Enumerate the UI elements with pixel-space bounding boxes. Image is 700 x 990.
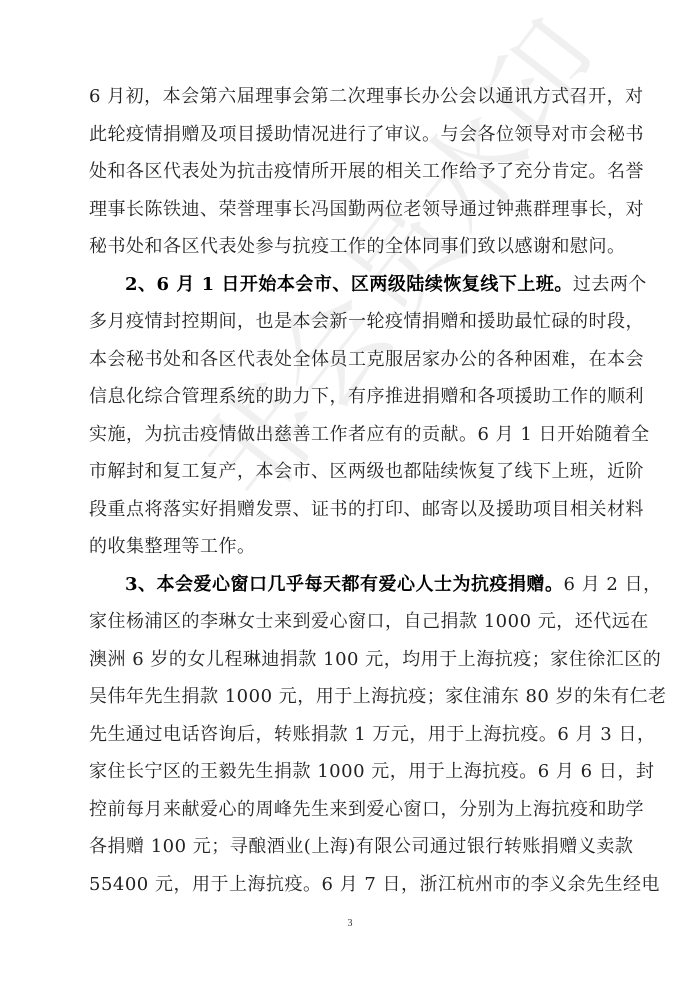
text-line: 本会秘书处和各区代表处全体员工克服居家办公的各种困难，在本会 <box>89 341 611 379</box>
text-line: 6 月初，本会第六届理事会第二次理事长办公会以通讯方式召开，对 <box>89 78 611 116</box>
text-line: 多月疫情封控期间，也是本会新一轮疫情捐赠和援助最忙碌的时段， <box>89 303 611 341</box>
paragraph-resume-offline-work: 2、6 月 1 日开始本会市、区两级陆续恢复线下上班。过去两个 多月疫情封控期间… <box>89 266 611 566</box>
text-line: 处和各区代表处为抗击疫情所开展的相关工作给予了充分肯定。名誉 <box>89 153 611 191</box>
text-line: 控前每月来献爱心的周峰先生来到爱心窗口，分别为上海抗疫和助学 <box>89 791 611 829</box>
paragraph-charity-window-donations: 3、本会爱心窗口几乎每天都有爱心人士为抗疫捐赠。6 月 2 日， 家住杨浦区的李… <box>89 566 611 904</box>
section-heading-2: 2、6 月 1 日开始本会市、区两级陆续恢复线下上班。 <box>125 274 573 295</box>
body-text: 6 月初，本会第六届理事会第二次理事长办公会以通讯方式召开，对 此轮疫情捐赠及项… <box>89 78 611 903</box>
paragraph-meeting-review: 6 月初，本会第六届理事会第二次理事长办公会以通讯方式召开，对 此轮疫情捐赠及项… <box>89 78 611 266</box>
text-line: 先生通过电话咨询后，转账捐款 1 万元，用于上海抗疫。6 月 3 日， <box>89 716 611 754</box>
heading-continuation: 过去两个 <box>573 274 647 295</box>
section-heading-3: 3、本会爱心窗口几乎每天都有爱心人士为抗疫捐赠。 <box>125 574 564 595</box>
text-line: 家住杨浦区的李琳女士来到爱心窗口，自己捐款 1000 元，还代远在 <box>89 603 611 641</box>
text-line-with-heading: 3、本会爱心窗口几乎每天都有爱心人士为抗疫捐赠。6 月 2 日， <box>89 566 611 604</box>
text-line: 此轮疫情捐赠及项目援助情况进行了审议。与会各位领导对市会秘书 <box>89 116 611 154</box>
text-line: 55400 元，用于上海抗疫。6 月 7 日，浙江杭州市的李义余先生经电 <box>89 866 611 904</box>
text-line: 实施，为抗击疫情做出慈善工作者应有的贡献。6 月 1 日开始随着全 <box>89 416 611 454</box>
text-line-with-heading: 2、6 月 1 日开始本会市、区两级陆续恢复线下上班。过去两个 <box>89 266 611 304</box>
text-line: 吴伟年先生捐款 1000 元，用于上海抗疫；家住浦东 80 岁的朱有仁老 <box>89 678 611 716</box>
text-line: 段重点将落实好捐赠发票、证书的打印、邮寄以及援助项目相关材料 <box>89 491 611 529</box>
page-number: 3 <box>0 918 700 929</box>
heading-continuation: 6 月 2 日， <box>564 574 662 595</box>
text-line: 家住长宁区的王毅先生捐款 1000 元，用于上海抗疫。6 月 6 日，封 <box>89 753 611 791</box>
text-line: 秘书处和各区代表处参与抗疫工作的全体同事们致以感谢和慰问。 <box>89 228 611 266</box>
document-page: 非会员水印 6 月初，本会第六届理事会第二次理事长办公会以通讯方式召开，对 此轮… <box>0 0 700 990</box>
text-line: 各捐赠 100 元；寻酿酒业(上海)有限公司通过银行转账捐赠义卖款 <box>89 828 611 866</box>
text-line: 的收集整理等工作。 <box>89 528 611 566</box>
text-line: 信息化综合管理系统的助力下，有序推进捐赠和各项援助工作的顺利 <box>89 378 611 416</box>
text-line: 市解封和复工复产，本会市、区两级也都陆续恢复了线下上班，近阶 <box>89 453 611 491</box>
text-line: 理事长陈铁迪、荣誉理事长冯国勤两位老领导通过钟燕群理事长，对 <box>89 191 611 229</box>
text-line: 澳洲 6 岁的女儿程琳迪捐款 100 元，均用于上海抗疫；家住徐汇区的 <box>89 641 611 679</box>
